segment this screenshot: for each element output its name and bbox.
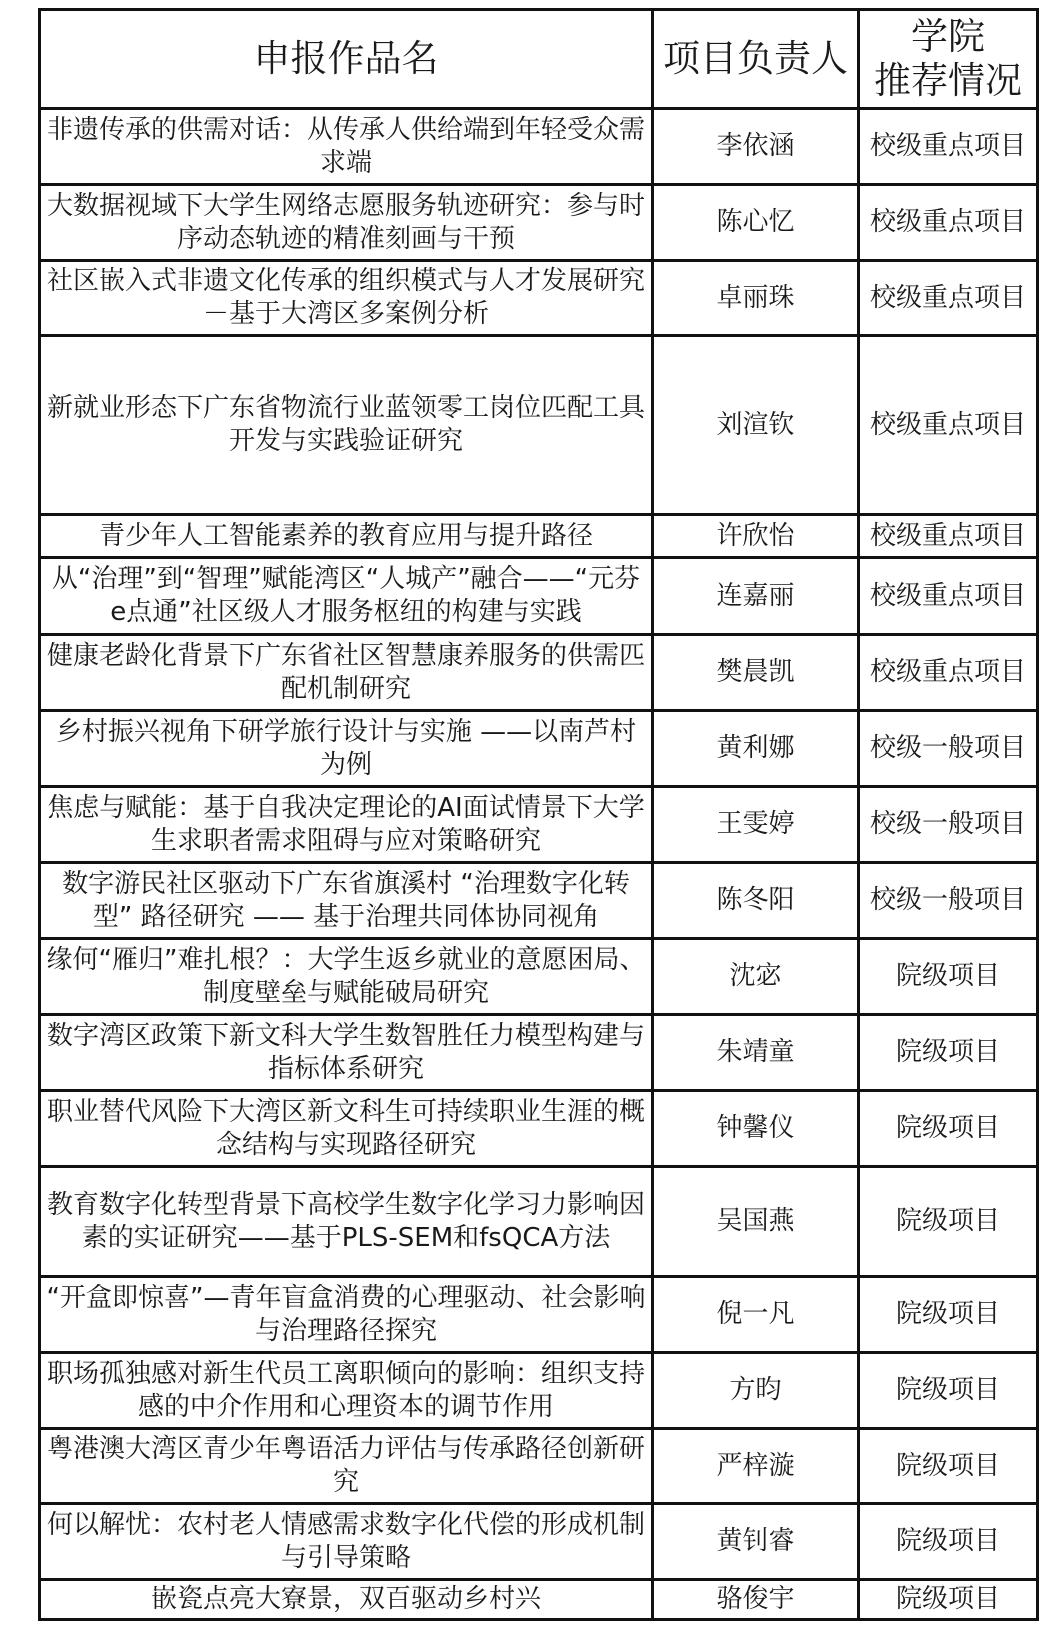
project-leader-cell: 倪一凡	[653, 1277, 859, 1353]
project-leader-cell: 方昀	[653, 1353, 859, 1429]
table-row: 职业替代风险下大湾区新文科生可持续职业生涯的概念结构与实现路径研究钟馨仪院级项目	[40, 1091, 1038, 1167]
project-title-cell: 何以解忧：农村老人情感需求数字化代偿的形成机制与引导策略	[40, 1504, 653, 1580]
recommendation-cell: 院级项目	[859, 1167, 1038, 1277]
project-title-cell: 缘何“雁归”难扎根？：大学生返乡就业的意愿困局、制度壁垒与赋能破局研究	[40, 939, 653, 1015]
recommendation-cell: 院级项目	[859, 1504, 1038, 1580]
table-row: 乡村振兴视角下研学旅行设计与实施 ——以南芦村为例黄利娜校级一般项目	[40, 711, 1038, 787]
project-table: 申报作品名 项目负责人 学院 推荐情况 非遗传承的供需对话：从传承人供给端到年轻…	[38, 8, 1039, 1621]
project-leader-cell: 黄利娜	[653, 711, 859, 787]
recommendation-cell: 校级一般项目	[859, 863, 1038, 939]
table-row: 缘何“雁归”难扎根？：大学生返乡就业的意愿困局、制度壁垒与赋能破局研究沈宓院级项…	[40, 939, 1038, 1015]
table-row: 青少年人工智能素养的教育应用与提升路径许欣怡校级重点项目	[40, 515, 1038, 558]
recommendation-cell: 校级重点项目	[859, 635, 1038, 711]
project-leader-cell: 李依涵	[653, 109, 859, 185]
table-row: 粤港澳大湾区青少年粤语活力评估与传承路径创新研究严梓漩院级项目	[40, 1429, 1038, 1504]
project-leader-cell: 朱靖童	[653, 1015, 859, 1091]
project-leader-cell: 卓丽珠	[653, 261, 859, 336]
project-title-cell: 乡村振兴视角下研学旅行设计与实施 ——以南芦村为例	[40, 711, 653, 787]
project-leader-cell: 刘渲钦	[653, 336, 859, 515]
recommendation-cell: 院级项目	[859, 1015, 1038, 1091]
project-title-cell: 职场孤独感对新生代员工离职倾向的影响：组织支持感的中介作用和心理资本的调节作用	[40, 1353, 653, 1429]
table-row: “开盒即惊喜”—青年盲盒消费的心理驱动、社会影响与治理路径探究倪一凡院级项目	[40, 1277, 1038, 1353]
table-row: 数字游民社区驱动下广东省旗溪村 “治理数字化转型” 路径研究 —— 基于治理共同…	[40, 863, 1038, 939]
project-title-cell: 数字游民社区驱动下广东省旗溪村 “治理数字化转型” 路径研究 —— 基于治理共同…	[40, 863, 653, 939]
table-row: 社区嵌入式非遗文化传承的组织模式与人才发展研究－基于大湾区多案例分析卓丽珠校级重…	[40, 261, 1038, 336]
header-rec-line2: 推荐情况	[864, 59, 1032, 103]
header-row: 申报作品名 项目负责人 学院 推荐情况	[40, 10, 1038, 109]
table-row: 焦虑与赋能：基于自我决定理论的AI面试情景下大学生求职者需求阻碍与应对策略研究王…	[40, 787, 1038, 863]
project-leader-cell: 严梓漩	[653, 1429, 859, 1504]
project-title-cell: 非遗传承的供需对话：从传承人供给端到年轻受众需求端	[40, 109, 653, 185]
project-leader-cell: 连嘉丽	[653, 558, 859, 635]
project-leader-cell: 黄钊睿	[653, 1504, 859, 1580]
project-leader-cell: 沈宓	[653, 939, 859, 1015]
project-title-cell: 焦虑与赋能：基于自我决定理论的AI面试情景下大学生求职者需求阻碍与应对策略研究	[40, 787, 653, 863]
recommendation-cell: 院级项目	[859, 1429, 1038, 1504]
recommendation-cell: 校级重点项目	[859, 109, 1038, 185]
project-title-cell: 粤港澳大湾区青少年粤语活力评估与传承路径创新研究	[40, 1429, 653, 1504]
project-leader-cell: 王雯婷	[653, 787, 859, 863]
project-title-cell: 青少年人工智能素养的教育应用与提升路径	[40, 515, 653, 558]
recommendation-cell: 校级一般项目	[859, 787, 1038, 863]
table-row: 教育数字化转型背景下高校学生数字化学习力影响因素的实证研究——基于PLS-SEM…	[40, 1167, 1038, 1277]
recommendation-cell: 校级重点项目	[859, 336, 1038, 515]
recommendation-cell: 校级一般项目	[859, 711, 1038, 787]
recommendation-cell: 院级项目	[859, 1353, 1038, 1429]
project-title-cell: 从“治理”到“智理”赋能湾区“人城产”融合——“元芬e点通”社区级人才服务枢纽的…	[40, 558, 653, 635]
header-title: 申报作品名	[40, 10, 653, 109]
table-row: 数字湾区政策下新文科大学生数智胜任力模型构建与指标体系研究朱靖童院级项目	[40, 1015, 1038, 1091]
recommendation-cell: 校级重点项目	[859, 515, 1038, 558]
recommendation-cell: 院级项目	[859, 1277, 1038, 1353]
table-row: 何以解忧：农村老人情感需求数字化代偿的形成机制与引导策略黄钊睿院级项目	[40, 1504, 1038, 1580]
table-row: 嵌瓷点亮大寮景，双百驱动乡村兴骆俊宇院级项目	[40, 1580, 1038, 1620]
project-title-cell: 大数据视域下大学生网络志愿服务轨迹研究：参与时序动态轨迹的精准刻画与干预	[40, 185, 653, 261]
table-row: 非遗传承的供需对话：从传承人供给端到年轻受众需求端李依涵校级重点项目	[40, 109, 1038, 185]
recommendation-cell: 院级项目	[859, 1580, 1038, 1620]
project-title-cell: 职业替代风险下大湾区新文科生可持续职业生涯的概念结构与实现路径研究	[40, 1091, 653, 1167]
recommendation-cell: 校级重点项目	[859, 261, 1038, 336]
project-leader-cell: 吴国燕	[653, 1167, 859, 1277]
header-leader: 项目负责人	[653, 10, 859, 109]
table-row: 新就业形态下广东省物流行业蓝领零工岗位匹配工具开发与实践验证研究刘渲钦校级重点项…	[40, 336, 1038, 515]
project-title-cell: 新就业形态下广东省物流行业蓝领零工岗位匹配工具开发与实践验证研究	[40, 336, 653, 515]
project-title-cell: 社区嵌入式非遗文化传承的组织模式与人才发展研究－基于大湾区多案例分析	[40, 261, 653, 336]
recommendation-cell: 院级项目	[859, 1091, 1038, 1167]
recommendation-cell: 校级重点项目	[859, 558, 1038, 635]
project-leader-cell: 钟馨仪	[653, 1091, 859, 1167]
table-row: 大数据视域下大学生网络志愿服务轨迹研究：参与时序动态轨迹的精准刻画与干预陈心忆校…	[40, 185, 1038, 261]
table-row: 从“治理”到“智理”赋能湾区“人城产”融合——“元芬e点通”社区级人才服务枢纽的…	[40, 558, 1038, 635]
table-row: 健康老龄化背景下广东省社区智慧康养服务的供需匹配机制研究樊晨凯校级重点项目	[40, 635, 1038, 711]
project-title-cell: 数字湾区政策下新文科大学生数智胜任力模型构建与指标体系研究	[40, 1015, 653, 1091]
project-title-cell: 健康老龄化背景下广东省社区智慧康养服务的供需匹配机制研究	[40, 635, 653, 711]
recommendation-cell: 院级项目	[859, 939, 1038, 1015]
header-rec-line1: 学院	[864, 15, 1032, 59]
recommendation-cell: 校级重点项目	[859, 185, 1038, 261]
header-recommendation: 学院 推荐情况	[859, 10, 1038, 109]
project-leader-cell: 骆俊宇	[653, 1580, 859, 1620]
project-title-cell: 嵌瓷点亮大寮景，双百驱动乡村兴	[40, 1580, 653, 1620]
project-leader-cell: 许欣怡	[653, 515, 859, 558]
project-title-cell: “开盒即惊喜”—青年盲盒消费的心理驱动、社会影响与治理路径探究	[40, 1277, 653, 1353]
project-leader-cell: 陈心忆	[653, 185, 859, 261]
project-leader-cell: 樊晨凯	[653, 635, 859, 711]
project-leader-cell: 陈冬阳	[653, 863, 859, 939]
table-row: 职场孤独感对新生代员工离职倾向的影响：组织支持感的中介作用和心理资本的调节作用方…	[40, 1353, 1038, 1429]
project-title-cell: 教育数字化转型背景下高校学生数字化学习力影响因素的实证研究——基于PLS-SEM…	[40, 1167, 653, 1277]
